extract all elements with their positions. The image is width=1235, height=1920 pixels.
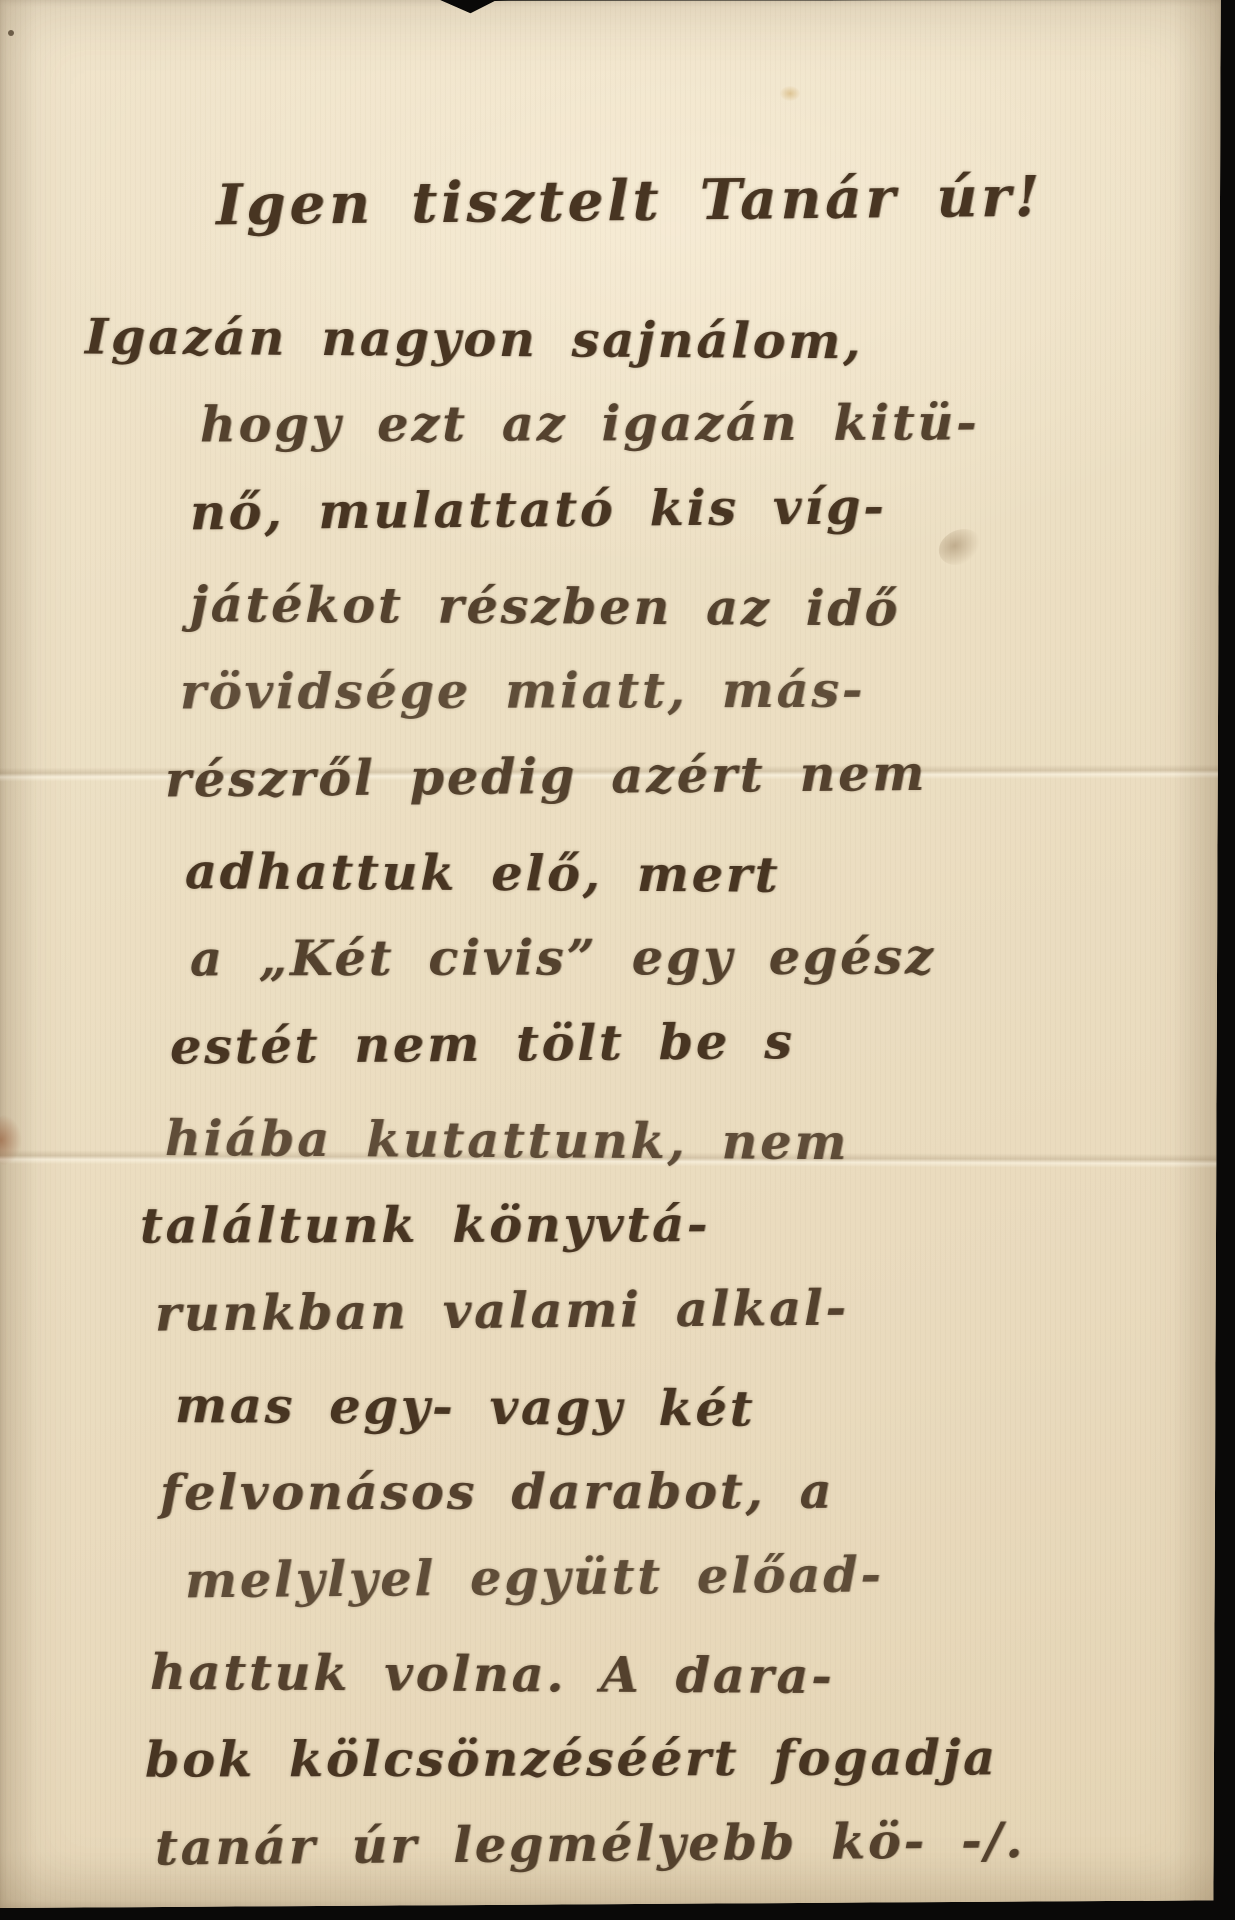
letter-line: Igazán nagyon sajnálom,	[0, 292, 1222, 388]
letter-line: részről pedig azért nem	[0, 726, 1222, 826]
letter-line: hiába kutattunk, nem	[0, 1093, 1222, 1189]
ink-speck	[8, 30, 14, 36]
letter-line: hogy ezt az igazán kitü-	[0, 378, 1222, 470]
letter-line: mas egy- vagy két	[0, 1360, 1222, 1456]
letter-line: rövidsége miatt, más-	[0, 645, 1222, 737]
letter-line: bok kölcsönzéséért fogadja	[0, 1713, 1222, 1805]
letter-line: találtunk könyvtá-	[0, 1179, 1222, 1271]
letter-line: játékot részben az idő	[0, 559, 1222, 655]
salutation: Igen tisztelt Tanár úr!	[216, 164, 1044, 239]
letter-line: melylyel együtt előad-	[0, 1527, 1222, 1627]
letter-line: felvonásos darabot, a	[0, 1446, 1222, 1538]
letter-line: a „Két civis” egy egész	[0, 912, 1222, 1004]
letter-line: hattuk volna. A dara-	[0, 1627, 1222, 1723]
letter-line: tanár úr legmélyebb kö- -/.	[0, 1794, 1222, 1894]
letter-line: adhattuk elő, mert	[0, 826, 1222, 922]
letter-body: Igazán nagyon sajnálom,hogy ezt az igazá…	[0, 292, 1222, 1894]
letter-line: runkban valami alkal-	[0, 1260, 1222, 1360]
letter-page: Igen tisztelt Tanár úr! Igazán nagyon sa…	[0, 0, 1222, 1908]
letter-line: nő, mulattató kis víg-	[0, 459, 1222, 559]
scanned-letter-photo: Igen tisztelt Tanár úr! Igazán nagyon sa…	[0, 0, 1235, 1920]
foxing-spot	[780, 86, 800, 101]
letter-line: estét nem tölt be s	[0, 993, 1222, 1093]
